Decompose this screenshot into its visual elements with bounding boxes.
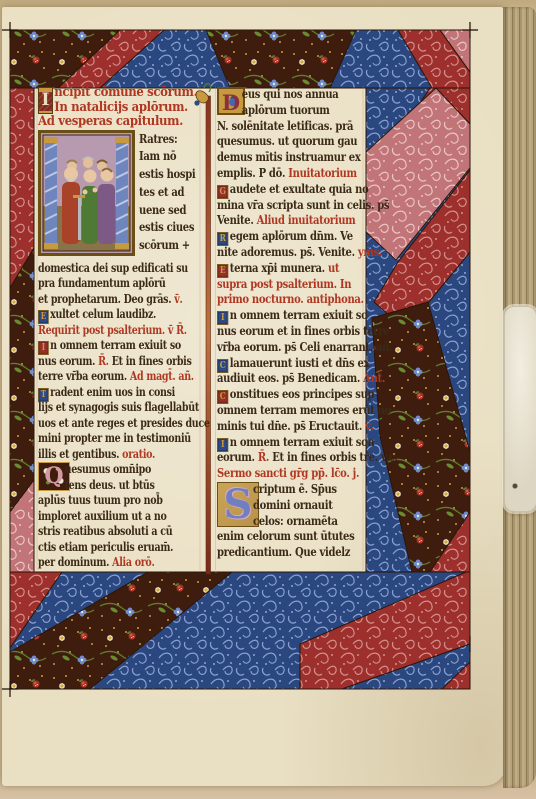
- text-segment: R̄.: [98, 353, 109, 368]
- text-segment: N. solēnitate letificas. prā: [217, 118, 353, 133]
- text-segment: v̄.: [365, 418, 374, 433]
- text-line: nite adoremus. ps̄. Venite. ym̄s.: [217, 244, 334, 260]
- text-segment: R̄.: [258, 449, 269, 464]
- text-segment: In natalicijs aplōrum.: [54, 100, 188, 115]
- text-line: nus eorum. R̄. Et in fines orbis: [38, 353, 161, 369]
- text-line: imploret auxilium ut a no: [38, 508, 161, 524]
- text-segment: Ad vesperas capitulum.: [38, 114, 183, 129]
- text-line: audiuit eos. ps̄ Benedicam. Ant̄.: [217, 370, 334, 386]
- capitulum-text-beside-miniature: Ratres:Iam nōestis hospites et aduene se…: [135, 130, 200, 260]
- text-line: ncipit cōmune scōrum.: [38, 86, 184, 101]
- text-line: estis hospi: [139, 165, 188, 183]
- left-column-body-end: aplūs tuus tuum pro nob̄imploret auxiliu…: [38, 492, 200, 570]
- text-line: celos: ornamēta: [217, 513, 334, 529]
- text-segment: oratio.: [122, 446, 155, 461]
- text-line: Ad vesperas capitulum.: [38, 115, 184, 130]
- text-segment: uos et ante reges et presides duce: [38, 415, 210, 430]
- text-line: Gaudete et exultate quia no: [217, 181, 334, 197]
- text-line: Exultet celum laudibz.: [38, 306, 161, 322]
- text-segment: Inuitatorium: [288, 165, 356, 180]
- text-segment: Sermo sancti gr̄g pp̄. lc̄o. j.: [217, 465, 359, 480]
- text-line: Clamauerunt iusti et dn̄s ex: [217, 355, 334, 371]
- text-line: et prophetarum. Deo grās. v̄.: [38, 291, 161, 307]
- text-line: demus mītis instruamur ex: [217, 149, 334, 165]
- blue-column-right: [115, 137, 129, 249]
- text-line: Sermo sancti gr̄g pp̄. lc̄o. j.: [217, 465, 334, 481]
- text-line: primo nocturno. antiphona.: [217, 291, 334, 307]
- text-segment: Et in fines orbis: [109, 353, 192, 368]
- text-segment: mina vr̄a scripta sunt in celis. ps̄: [217, 197, 389, 212]
- text-segment: imploret auxilium ut a no: [38, 508, 167, 523]
- text-line: per dominum. Alia orō.: [38, 554, 161, 570]
- text-segment: v̄.: [171, 291, 182, 306]
- text-line: tes et ad: [139, 183, 188, 201]
- text-segment: n omnem terram exiuit son: [230, 434, 375, 449]
- text-line: vr̄ba eorum. ps̄ Celi enarrant. añ.: [217, 339, 334, 355]
- text-segment: nite adoremus. ps̄. Venite.: [217, 244, 358, 259]
- text-line: predicantium. Que videlz: [217, 544, 334, 560]
- text-segment: terre vr̄ba eorum.: [38, 368, 130, 383]
- sermo-group: S criptum ē. Sp̄usdomini ornauitcelos: o…: [217, 481, 363, 528]
- text-segment: Ant̄.: [363, 370, 385, 385]
- text-segment: audete et exultate quia no: [230, 181, 369, 196]
- text-line: estis ciues: [139, 218, 188, 236]
- text-segment: aplōrum tuorum: [242, 102, 330, 117]
- text-line: supra post psalterium. In: [217, 276, 334, 292]
- text-line: In omnem terram exiuit so: [217, 307, 334, 323]
- text-segment: audiuit eos. ps̄ Benedicam.: [217, 370, 363, 385]
- text-line: uos et ante reges et presides duce: [38, 415, 161, 431]
- text-segment: lijs et synagogis suis flagellabūt: [38, 399, 199, 414]
- text-segment: Ad magt̄. añ.: [130, 368, 194, 383]
- text-line: terre vr̄ba eorum. Ad magt̄. añ.: [38, 368, 161, 384]
- text-line: eus qui nos annua: [217, 86, 334, 102]
- text-segment: omnem terram memores erūt no: [217, 402, 391, 417]
- text-segment: Aliud inuitatorium: [257, 212, 356, 227]
- miniature-apostles: [38, 130, 135, 260]
- text-line: mina vr̄a scripta sunt in celis. ps̄: [217, 197, 334, 213]
- text-line: In natalicijs aplōrum.: [38, 101, 184, 116]
- text-line: Constitues eos principes sup: [217, 386, 334, 402]
- text-segment: domestica dei sup edificati su: [38, 260, 188, 275]
- text-segment: vr̄ba eorum. ps̄ Celi enarrant. añ.: [217, 339, 392, 354]
- text-segment: celos: ornamēta: [253, 513, 338, 528]
- text-line: uesumus omn̄ipo: [38, 461, 161, 477]
- text-segment: eorum.: [217, 449, 258, 464]
- text-segment: demus mītis instruamur ex: [217, 149, 361, 164]
- text-line: domestica dei sup edificati su: [38, 260, 161, 276]
- text-segment: stris reatibus absoluti a cū: [38, 523, 172, 538]
- oratio-group: Q uesumus omn̄ipotens deus. ut btūs: [38, 461, 200, 492]
- text-line: minis tui dn̄e. ps̄ Eructauit. v̄.: [217, 418, 334, 434]
- text-line: nus eorum et in fines orbis terre: [217, 323, 334, 339]
- text-line: mini propter me in testimoniū: [38, 430, 161, 446]
- text-segment: nus eorum.: [38, 353, 98, 368]
- text-segment: per dominum.: [38, 554, 112, 569]
- text-segment: ut: [328, 260, 339, 275]
- text-line: N. solēnitate letificas. prā: [217, 118, 334, 134]
- text-segment: primo nocturno. antiphona.: [217, 291, 364, 306]
- text-line: Regem aplōrum dn̄m. Ve: [217, 228, 334, 244]
- text-line: scōrum +: [139, 236, 188, 254]
- text-line: domini ornauit: [217, 497, 334, 513]
- right-text-column: D eus qui nos annuaaplōrum tuorum N. sol…: [217, 86, 363, 560]
- text-segment: lamauerunt iusti et dn̄s ex: [230, 355, 369, 370]
- left-text-column: I ncipit cōmune scōrum.In natalicijs apl…: [38, 86, 200, 570]
- text-line: criptum ē. Sp̄us: [217, 481, 334, 497]
- text-segment: aplūs tuus tuum pro nob̄: [38, 492, 163, 507]
- text-line: In omnem terram exiuit so: [38, 337, 161, 353]
- text-segment: Alia orō.: [112, 554, 154, 569]
- text-segment: scōrum +: [139, 237, 190, 252]
- text-segment: pra fundamentum aplōrū: [38, 275, 165, 290]
- text-segment: xultet celum laudibz.: [50, 306, 156, 321]
- text-line: emplis. P dō. Inuitatorium: [217, 165, 334, 181]
- text-line: eorum. R̄. Et in fines orbis tr̄e. v.c.: [217, 449, 334, 465]
- text-line: illis et gentibus. oratio.: [38, 446, 161, 462]
- text-segment: illis et gentibus.: [38, 446, 122, 461]
- text-line: ctis etiam periculis eruam̄.: [38, 539, 161, 555]
- text-segment: quesumus. ut quorum gau: [217, 133, 357, 148]
- text-segment: eus qui nos annua: [242, 86, 339, 101]
- text-line: pra fundamentum aplōrū: [38, 275, 161, 291]
- text-segment: ctis etiam periculis eruam̄.: [38, 539, 173, 554]
- text-segment: radent enim uos in consi: [50, 384, 175, 399]
- text-segment: tens deus. ut btūs: [65, 477, 155, 492]
- text-line: Requirit post psalterium. v̄ R̄.: [38, 322, 161, 338]
- text-line: Venite. Aliud inuitatorium: [217, 212, 334, 228]
- text-line: stris reatibus absoluti a cū: [38, 523, 161, 539]
- text-line: tens deus. ut btūs: [38, 477, 161, 493]
- left-column-body: domestica dei sup edificati supra fundam…: [38, 260, 200, 462]
- text-line: enim celorum sunt ūtutes: [217, 528, 334, 544]
- text-segment: supra post psalterium. In: [217, 276, 351, 291]
- blue-column-left: [44, 137, 58, 249]
- text-segment: terna xp̄i munera.: [230, 260, 328, 275]
- photograph-of-manuscript: I ncipit cōmune scōrum.In natalicijs apl…: [0, 0, 536, 799]
- text-segment: n omnem terram exiuit so: [50, 337, 181, 352]
- text-segment: estis ciues: [139, 219, 194, 234]
- text-segment: Requirit post psalterium. v̄ R̄.: [38, 322, 187, 337]
- text-line: Iam nō: [139, 147, 188, 165]
- text-segment: egem aplōrum dn̄m. Ve: [230, 228, 353, 243]
- text-line: Eterna xp̄i munera. ut: [217, 260, 334, 276]
- text-line: aplōrum tuorum: [217, 102, 334, 118]
- apostle-figures: [62, 157, 115, 244]
- text-segment: mini propter me in testimoniū: [38, 430, 191, 445]
- text-line: uene sed: [139, 201, 188, 219]
- text-segment: Venite.: [217, 212, 257, 227]
- text-segment: Et in fines orbis tr̄e. v.c.: [269, 449, 398, 464]
- text-line: In omnem terram exiuit son: [217, 434, 334, 450]
- rubric-incipit: I ncipit cōmune scōrum.In natalicijs apl…: [38, 86, 200, 130]
- text-segment: nus eorum et in fines orbis terre: [217, 323, 389, 338]
- text-segment: enim celorum sunt ūtutes: [217, 528, 354, 543]
- text-segment: uesumus omn̄ipo: [65, 461, 151, 476]
- collect-group: D eus qui nos annuaaplōrum tuorum: [217, 86, 363, 118]
- text-segment: uene sed: [139, 202, 186, 217]
- text-segment: ncipit cōmune scōrum.: [54, 85, 197, 100]
- text-line: omnem terram memores erūt no: [217, 402, 334, 418]
- text-segment: ym̄s.: [358, 244, 382, 259]
- text-segment: et prophetarum. Deo grās.: [38, 291, 171, 306]
- text-segment: tes et ad: [139, 184, 184, 199]
- right-column-tail: enim celorum sunt ūtutespredicantium. Qu…: [217, 528, 363, 560]
- text-segment: onstitues eos principes sup: [230, 386, 374, 401]
- text-segment: minis tui dn̄e. ps̄ Eructauit.: [217, 418, 365, 433]
- text-segment: emplis. P dō.: [217, 165, 288, 180]
- text-line: aplūs tuus tuum pro nob̄: [38, 492, 161, 508]
- right-column-body: N. solēnitate letificas. prāquesumus. ut…: [217, 118, 363, 481]
- text-line: Tradent enim uos in consi: [38, 384, 161, 400]
- text-segment: n omnem terram exiuit so: [230, 307, 368, 322]
- text-line: lijs et synagogis suis flagellabūt: [38, 399, 161, 415]
- text-segment: predicantium. Que videlz: [217, 544, 350, 559]
- text-segment: domini ornauit: [253, 497, 333, 512]
- text-segment: estis hospi: [139, 166, 195, 181]
- text-segment: Ratres:: [139, 131, 177, 146]
- text-segment: criptum ē. Sp̄us: [253, 481, 337, 496]
- text-line: Ratres:: [139, 130, 188, 148]
- text-segment: Iam nō: [139, 148, 176, 163]
- text-line: quesumus. ut quorum gau: [217, 133, 334, 149]
